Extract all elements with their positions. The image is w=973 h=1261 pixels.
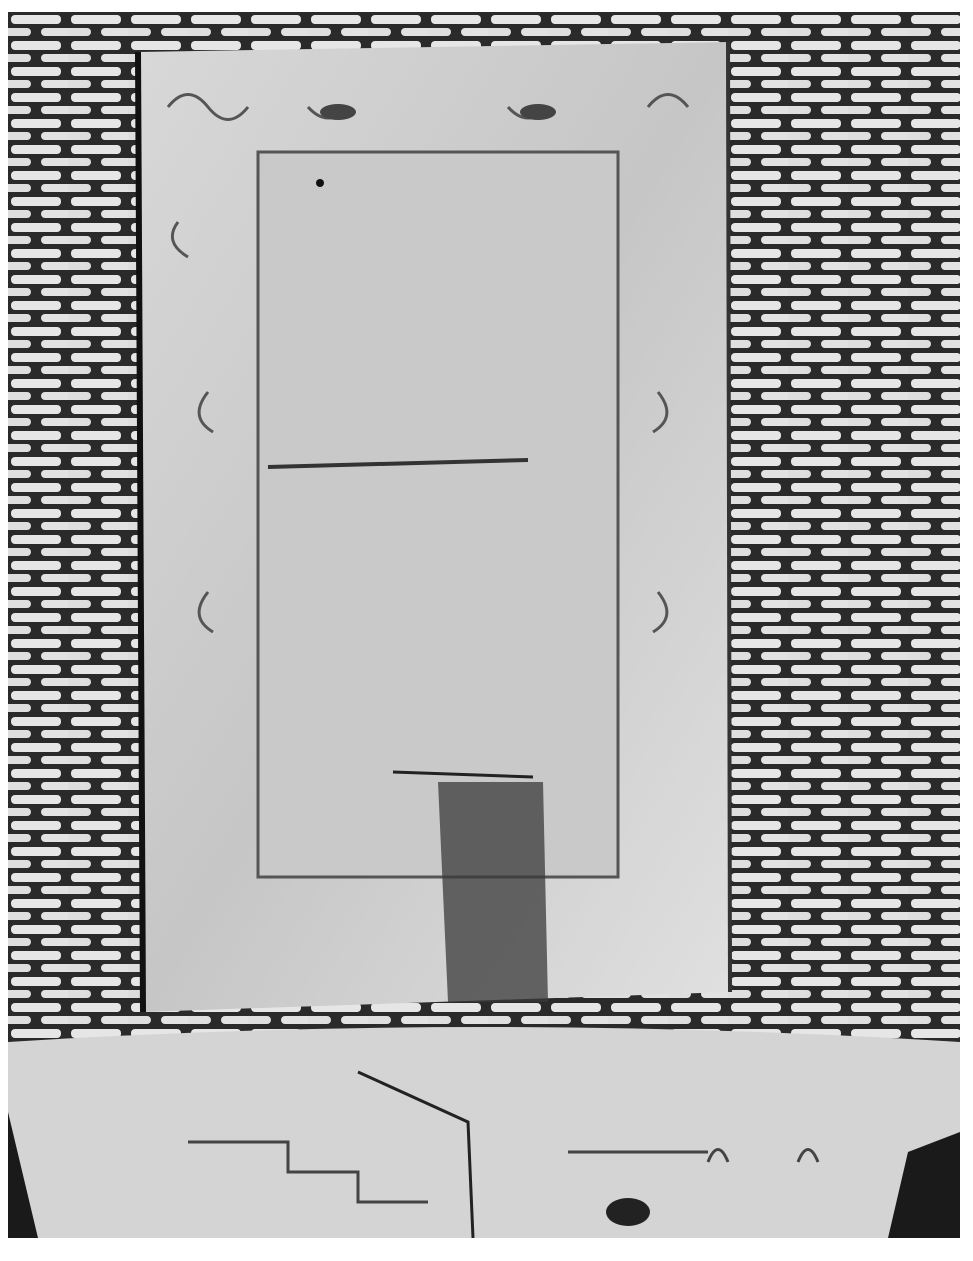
stele-photograph [8, 12, 960, 1238]
stele-scene [8, 12, 960, 1238]
